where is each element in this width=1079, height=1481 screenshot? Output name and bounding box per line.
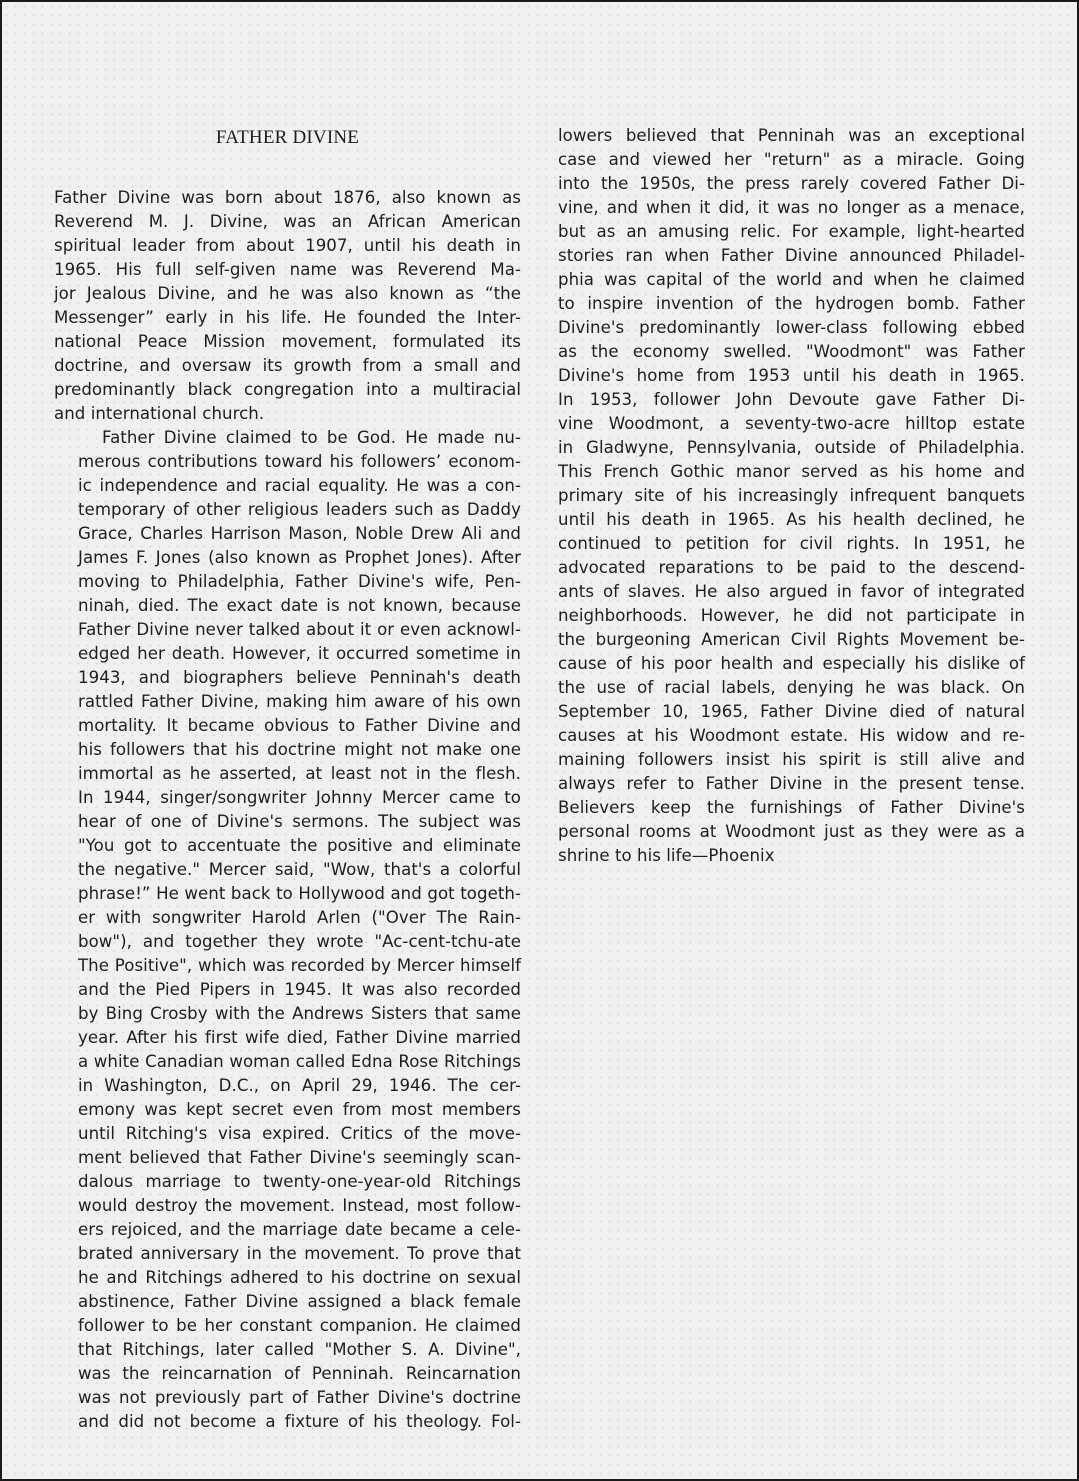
text-line: Grace, Charles Harrison Mason, Noble Dre…: [54, 522, 521, 546]
text-line: maining followers insist his spirit is s…: [558, 748, 1025, 772]
text-line: he and Ritchings adhered to his doctrine…: [54, 1266, 521, 1290]
text-line: cause of his poor health and especially …: [558, 652, 1025, 676]
text-line: the negative." Mercer said, "Wow, that's…: [54, 858, 521, 882]
text-line: phrase!” He went back to Hollywood and g…: [54, 882, 521, 906]
text-line: but as an amusing relic. For example, li…: [558, 220, 1025, 244]
text-line: ants of slaves. He also argued in favor …: [558, 580, 1025, 604]
text-line: was not previously part of Father Divine…: [54, 1386, 521, 1410]
text-line: the burgeoning American Civil Rights Mov…: [558, 628, 1025, 652]
left-column: FATHER DIVINE Father Divine was born abo…: [54, 124, 521, 1434]
text-line: continued to petition for civil rights. …: [558, 532, 1025, 556]
right-column: lowers believed that Penninah was an exc…: [558, 124, 1025, 868]
text-line: In 1944, singer/songwriter Johnny Mercer…: [54, 786, 521, 810]
text-line: 1943, and biographers believe Penninah's…: [54, 666, 521, 690]
text-line: merous contributions toward his follower…: [54, 450, 521, 474]
text-line: predominantly black congregation into a …: [54, 378, 521, 402]
text-line: In 1953, follower John Devoute gave Fath…: [558, 388, 1025, 412]
left-column-body: Father Divine was born about 1876, also …: [54, 186, 521, 1434]
text-line: stories ran when Father Divine announced…: [558, 244, 1025, 268]
text-line: case and viewed her "return" as a miracl…: [558, 148, 1025, 172]
text-line: Divine's home from 1953 until his death …: [558, 364, 1025, 388]
text-line: edged her death. However, it occurred so…: [54, 642, 521, 666]
text-line: as the economy swelled. "Woodmont" was F…: [558, 340, 1025, 364]
text-line: in Washington, D.C., on April 29, 1946. …: [54, 1074, 521, 1098]
text-line: national Peace Mission movement, formula…: [54, 330, 521, 354]
page-title: FATHER DIVINE: [54, 126, 521, 150]
text-line: Father Divine never talked about it or e…: [54, 618, 521, 642]
text-line: er with songwriter Harold Arlen ("Over T…: [54, 906, 521, 930]
text-line: phia was capital of the world and when h…: [558, 268, 1025, 292]
text-line: personal rooms at Woodmont just as they …: [558, 820, 1025, 844]
text-line: year. After his first wife died, Father …: [54, 1026, 521, 1050]
text-line: causes at his Woodmont estate. His widow…: [558, 724, 1025, 748]
text-line: always refer to Father Divine in the pre…: [558, 772, 1025, 796]
text-line: that Ritchings, later called "Mother S. …: [54, 1338, 521, 1362]
right-column-body: lowers believed that Penninah was an exc…: [558, 124, 1025, 868]
text-line: spiritual leader from about 1907, until …: [54, 234, 521, 258]
text-line: the use of racial labels, denying he was…: [558, 676, 1025, 700]
text-line: ic independence and racial equality. He …: [54, 474, 521, 498]
text-line: September 10, 1965, Father Divine died o…: [558, 700, 1025, 724]
text-line: The Positive", which was recorded by Mer…: [54, 954, 521, 978]
text-line: emony was kept secret even from most mem…: [54, 1098, 521, 1122]
text-line: and the Pied Pipers in 1945. It was also…: [54, 978, 521, 1002]
text-line: temporary of other religious leaders suc…: [54, 498, 521, 522]
text-line: in Gladwyne, Pennsylvania, outside of Ph…: [558, 436, 1025, 460]
text-line: bow"), and together they wrote "Ac-cent-…: [54, 930, 521, 954]
text-line: Father Divine was born about 1876, also …: [54, 186, 521, 210]
text-line: his followers that his doctrine might no…: [54, 738, 521, 762]
text-line: ninah, died. The exact date is not known…: [54, 594, 521, 618]
text-line: was the reincarnation of Penninah. Reinc…: [54, 1362, 521, 1386]
document-page: FATHER DIVINE Father Divine was born abo…: [0, 0, 1079, 1481]
text-line: vine Woodmont, a seventy-two-acre hillto…: [558, 412, 1025, 436]
text-line: Messenger” early in his life. He founded…: [54, 306, 521, 330]
text-line: Divine's predominantly lower-class follo…: [558, 316, 1025, 340]
text-line: Believers keep the furnishings of Father…: [558, 796, 1025, 820]
text-line: moving to Philadelphia, Father Divine's …: [54, 570, 521, 594]
text-line: and international church.: [54, 402, 521, 426]
text-line: ment believed that Father Divine's seemi…: [54, 1146, 521, 1170]
text-line: advocated reparations to be paid to the …: [558, 556, 1025, 580]
text-line: follower to be her constant companion. H…: [54, 1314, 521, 1338]
text-line: by Bing Crosby with the Andrews Sisters …: [54, 1002, 521, 1026]
text-line: a white Canadian woman called Edna Rose …: [54, 1050, 521, 1074]
text-line: to inspire invention of the hydrogen bom…: [558, 292, 1025, 316]
text-line: rattled Father Divine, making him aware …: [54, 690, 521, 714]
text-line: doctrine, and oversaw its growth from a …: [54, 354, 521, 378]
text-line: James F. Jones (also known as Prophet Jo…: [54, 546, 521, 570]
text-line: until Ritching's visa expired. Critics o…: [54, 1122, 521, 1146]
text-line: lowers believed that Penninah was an exc…: [558, 124, 1025, 148]
text-line: dalous marriage to twenty-one-year-old R…: [54, 1170, 521, 1194]
text-line: immortal as he asserted, at least not in…: [54, 762, 521, 786]
text-line: mortality. It became obvious to Father D…: [54, 714, 521, 738]
text-line: vine, and when it did, it was no longer …: [558, 196, 1025, 220]
text-line: abstinence, Father Divine assigned a bla…: [54, 1290, 521, 1314]
text-line: primary site of his increasingly infrequ…: [558, 484, 1025, 508]
text-line: jor Jealous Divine, and he was also know…: [54, 282, 521, 306]
text-line: "You got to accentuate the positive and …: [54, 834, 521, 858]
text-line: neighborhoods. However, he did not parti…: [558, 604, 1025, 628]
text-line: would destroy the movement. Instead, mos…: [54, 1194, 521, 1218]
text-line: brated anniversary in the movement. To p…: [54, 1242, 521, 1266]
paragraph: Father Divine claimed to be God. He made…: [54, 426, 521, 1434]
text-line: Reverend M. J. Divine, was an African Am…: [54, 210, 521, 234]
text-line: 1965. His full self-given name was Rever…: [54, 258, 521, 282]
text-line: ers rejoiced, and the marriage date beca…: [54, 1218, 521, 1242]
paragraph: lowers believed that Penninah was an exc…: [558, 124, 1025, 868]
text-line: into the 1950s, the press rarely covered…: [558, 172, 1025, 196]
text-line: Father Divine claimed to be God. He made…: [54, 426, 521, 450]
text-line: hear of one of Divine's sermons. The sub…: [54, 810, 521, 834]
paragraph: Father Divine was born about 1876, also …: [54, 186, 521, 426]
text-line: shrine to his life—Phoenix: [558, 844, 1025, 868]
text-line: This French Gothic manor served as his h…: [558, 460, 1025, 484]
text-line: and did not become a fixture of his theo…: [54, 1410, 521, 1434]
text-line: until his death in 1965. As his health d…: [558, 508, 1025, 532]
